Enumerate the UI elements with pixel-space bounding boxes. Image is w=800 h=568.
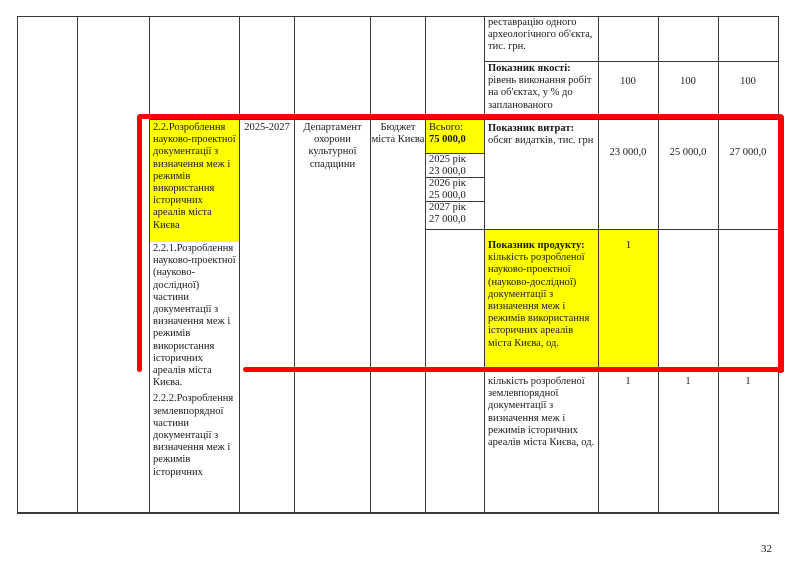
land-value-2027: 1: [718, 376, 778, 388]
column-divider: [77, 16, 78, 513]
quality-indicator-text: рівень виконання робіт на об'єктах, у % …: [488, 75, 591, 110]
quality-value-2027: 100: [718, 76, 778, 88]
funding-year-label: 2025 рік: [429, 154, 466, 165]
row-divider: [484, 61, 779, 62]
cost-value-2027: 27 000,0: [718, 147, 778, 159]
cost-indicator-title: Показник витрат:: [488, 123, 574, 134]
column-divider: [239, 16, 240, 513]
quality-value-2025: 100: [598, 76, 658, 88]
column-divider: [294, 16, 295, 513]
page-number: 32: [761, 543, 772, 555]
quality-indicator-title: Показник якості:: [488, 63, 571, 74]
land-indicator-text: кількість розробленої землевпорядної док…: [488, 376, 596, 449]
annotation-right: [778, 114, 784, 373]
product-indicator-text: кількість розробленої науково-проектної …: [488, 252, 589, 348]
funding-total-value: 75 000,0: [429, 134, 466, 145]
task-period: 2025-2027: [240, 122, 294, 134]
land-value-2026: 1: [658, 376, 718, 388]
column-divider: [425, 16, 426, 513]
indicator-continuation-text: реставрацію одного археологічного об'єкт…: [488, 17, 596, 54]
column-divider: [718, 16, 719, 513]
annotation-top: [137, 114, 784, 119]
funding-year-amount: 27 000,0: [429, 214, 466, 225]
subtask-item: 2.2.1.Розроблення науково-проектної (нау…: [153, 243, 236, 389]
annotation-left: [137, 114, 142, 372]
funding-year-amount: 25 000,0: [429, 190, 466, 201]
funding-year-amount: 23 000,0: [429, 166, 466, 177]
table-border-left: [17, 16, 18, 513]
annotation-bottom: [243, 367, 784, 372]
funding-year-2025: 2025 рік 23 000,0: [426, 154, 484, 178]
cost-value-2025: 23 000,0: [598, 147, 658, 159]
table-border-bottom: [17, 512, 779, 514]
funding-total: Всього: 75 000,0: [426, 120, 484, 153]
funding-year-label: 2026 рік: [429, 178, 466, 189]
funding-year-2027: 2027 рік 27 000,0: [426, 202, 484, 226]
subtask-list: 2.2.1.Розроблення науково-проектної (нау…: [150, 243, 239, 479]
column-divider: [658, 16, 659, 513]
product-indicator-title: Показник продукту:: [488, 240, 585, 251]
task-executor: Департамент охорони культурної спадщини: [295, 122, 370, 171]
cost-value-2026: 25 000,0: [658, 147, 718, 159]
product-indicator: Показник продукту: кількість розробленої…: [485, 230, 598, 370]
quality-value-2026: 100: [658, 76, 718, 88]
table-border-top: [17, 16, 779, 17]
cost-indicator: Показник витрат: обсяг видатків, тис. гр…: [488, 123, 596, 147]
column-divider: [370, 16, 371, 513]
land-value-2025: 1: [598, 376, 658, 388]
task-funding-source: Бюджет міста Києва: [371, 122, 425, 146]
quality-indicator: Показник якості: рівень виконання робіт …: [488, 63, 596, 112]
task-name: 2.2.Розроблення науково-проектної докуме…: [150, 120, 239, 242]
funding-total-label: Всього:: [429, 122, 463, 133]
subtask-item: 2.2.2.Розроблення землевпорядної частини…: [153, 393, 236, 478]
product-value-2025: 1: [599, 230, 658, 370]
cost-indicator-text: обсяг видатків, тис. грн: [488, 135, 593, 146]
funding-year-2026: 2026 рік 25 000,0: [426, 178, 484, 202]
funding-year-label: 2027 рік: [429, 202, 466, 213]
